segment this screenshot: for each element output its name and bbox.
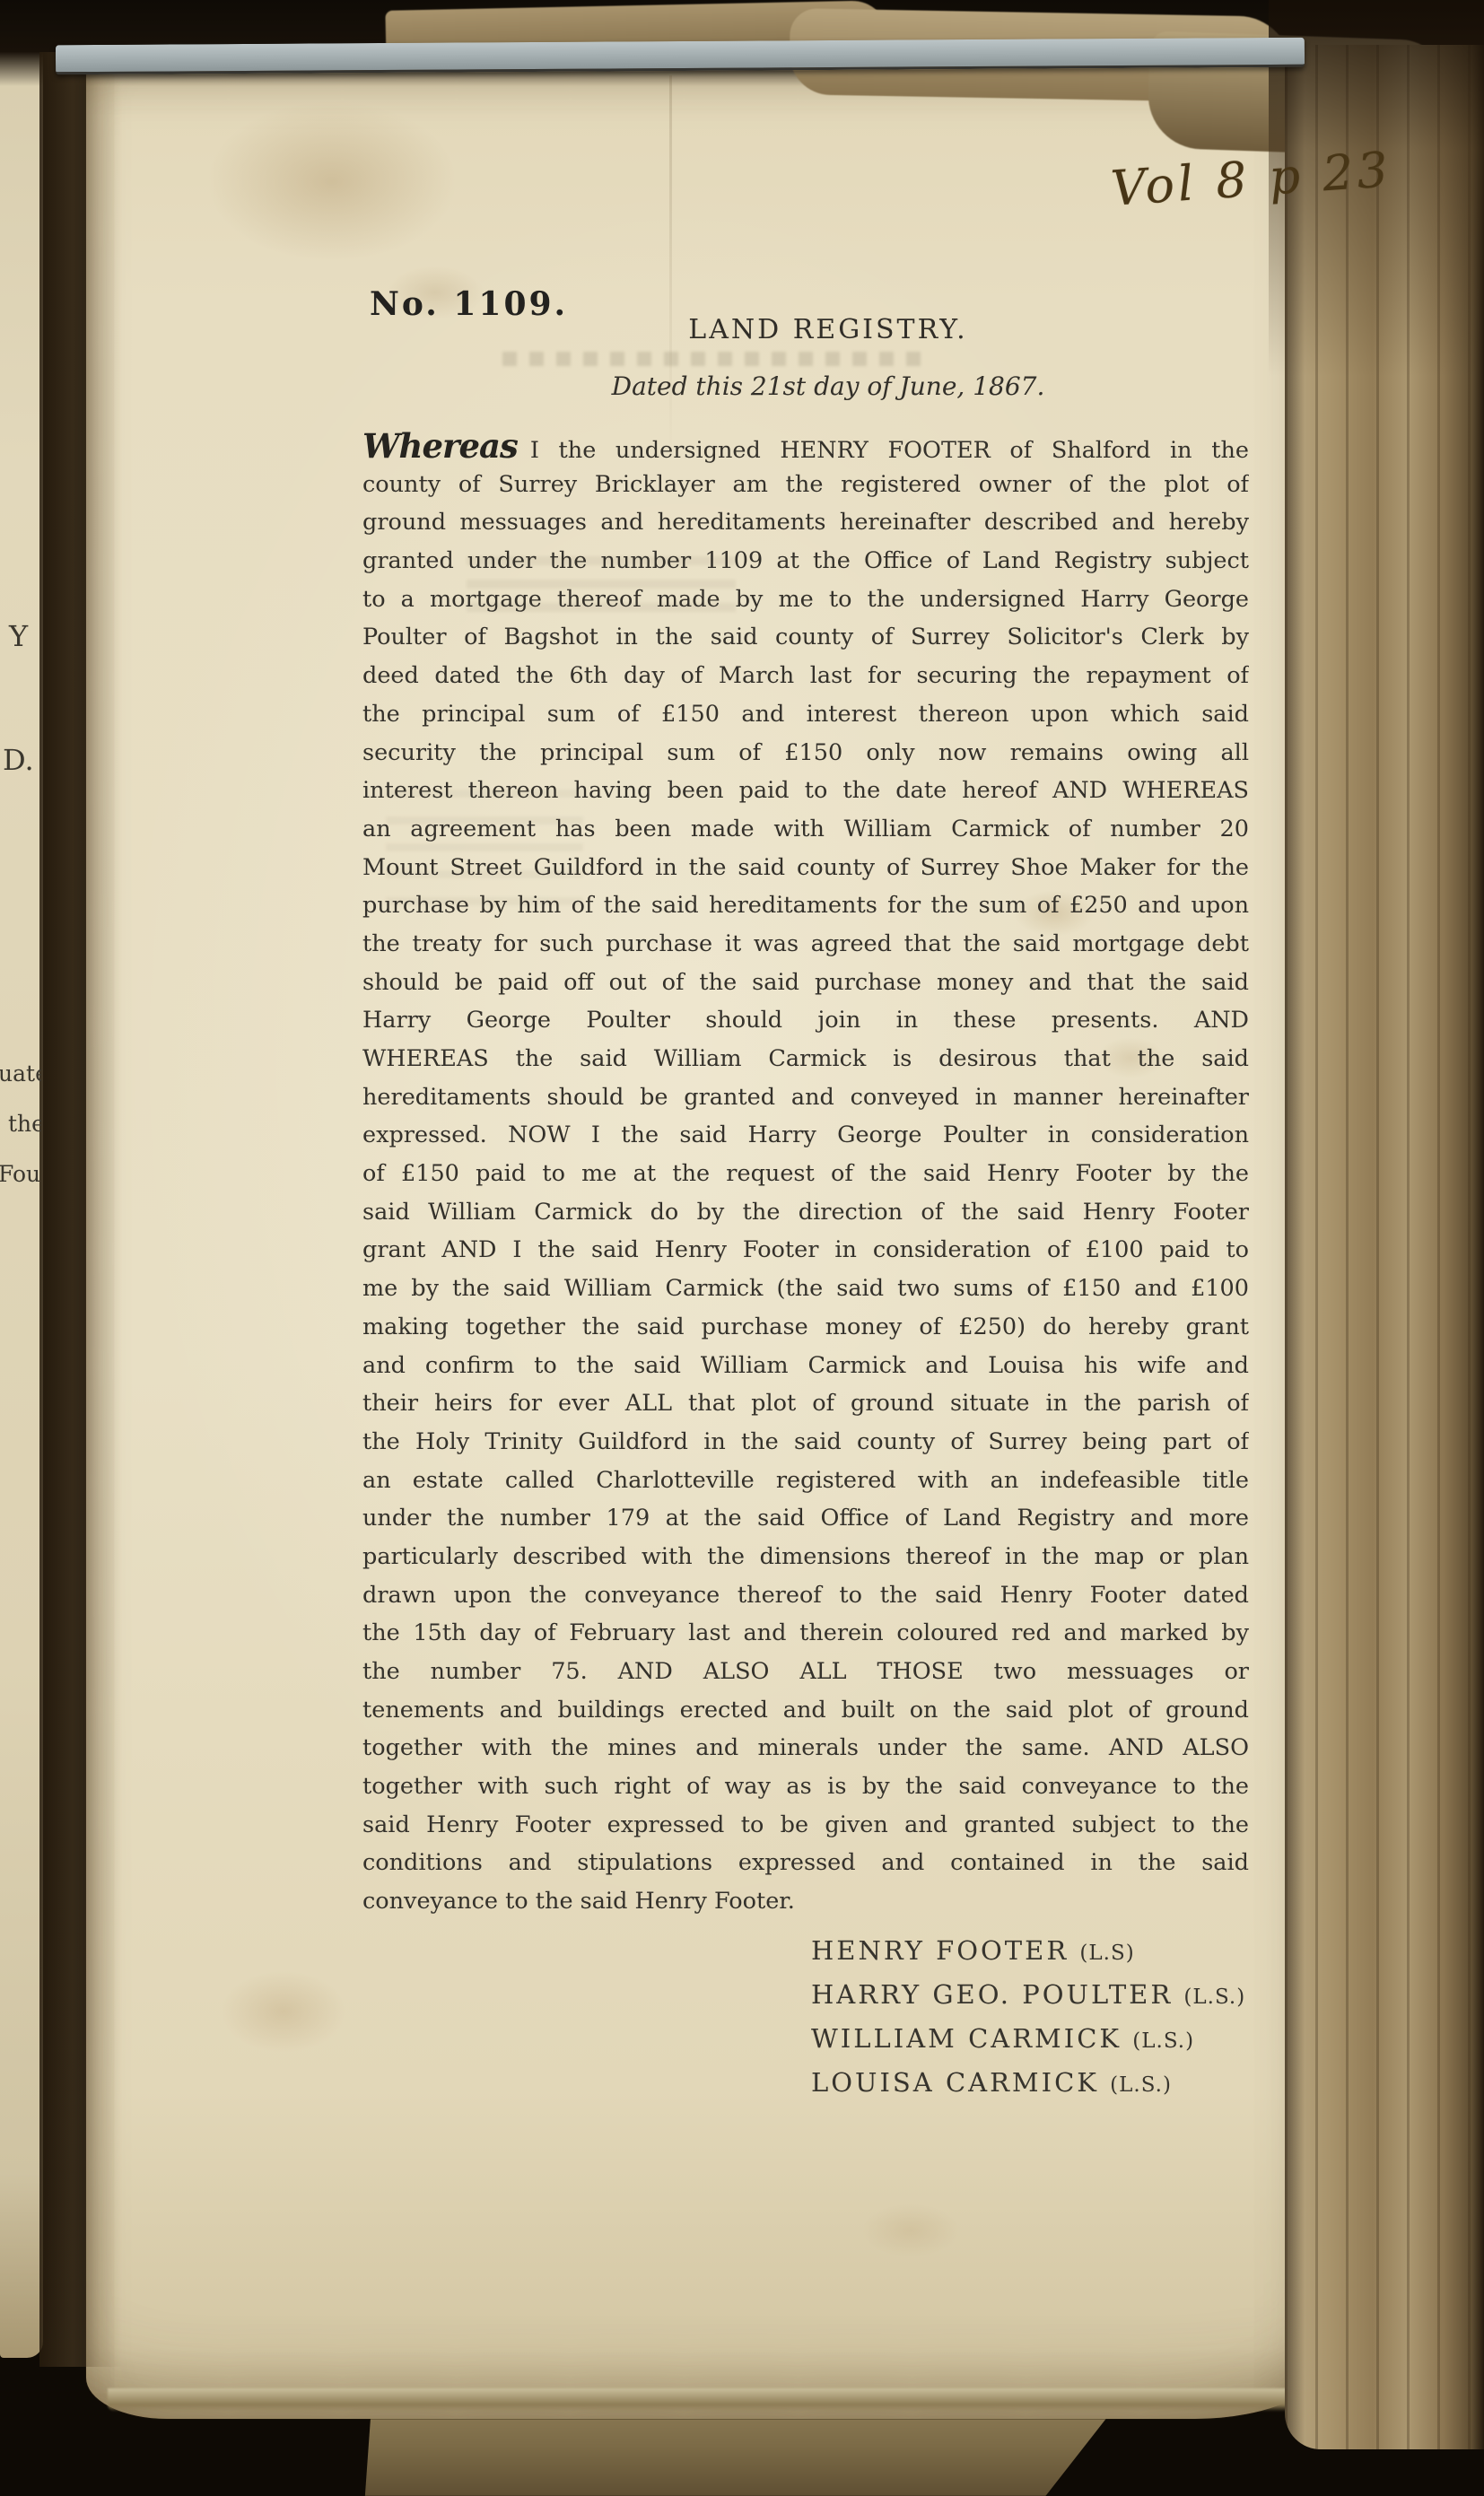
signature-block: HENRY FOOTER (L.S)HARRY GEO. POULTER (L.…	[811, 1929, 1245, 2105]
deed-body-line: together with such right of way as is by…	[362, 1767, 1249, 1806]
deed-body-line: of £150 paid to me at the request of the…	[362, 1155, 1249, 1193]
signatory-name: HARRY GEO. POULTER	[811, 1979, 1183, 2010]
deed-body-line: Poulter of Bagshot in the said county of…	[362, 618, 1249, 657]
page-bottom-edge	[108, 2388, 1310, 2412]
seal-mark: (L.S.)	[1183, 1985, 1245, 2009]
deed-body-line: expressed. NOW I the said Harry George P…	[362, 1116, 1249, 1155]
margin-text-fragment: D.	[3, 743, 34, 777]
margin-text-fragment: the	[8, 1111, 41, 1137]
margin-text-fragment: Y	[9, 619, 28, 653]
deed-body-line: their heirs for ever ALL that plot of gr…	[362, 1384, 1249, 1423]
deed-body-line: under the number 179 at the said Office …	[362, 1499, 1249, 1538]
seal-mark: (L.S)	[1079, 1942, 1134, 1965]
deed-body-line: ground messuages and hereditaments herei…	[362, 503, 1249, 542]
blackletter-opening-word: Whereas	[362, 427, 518, 466]
paper-crease	[669, 75, 672, 461]
deed-body-line: WHEREAS the said William Carmick is desi…	[362, 1040, 1249, 1078]
deed-body-line: the principal sum of £150 and interest t…	[362, 695, 1249, 734]
signature-line: WILLIAM CARMICK (L.S.)	[811, 2017, 1245, 2061]
deed-body-line: particularly described with the dimensio…	[362, 1538, 1249, 1576]
deed-body-line: an agreement has been made with William …	[362, 810, 1249, 849]
deed-body-line: making together the said purchase money …	[362, 1308, 1249, 1347]
deed-body-line: and confirm to the said William Carmick …	[362, 1347, 1249, 1385]
page-title: LAND REGISTRY.	[362, 314, 1295, 345]
deed-body-line: interest thereon having been paid to the…	[362, 772, 1249, 810]
signature-line: HARRY GEO. POULTER (L.S.)	[811, 1973, 1245, 2017]
deed-body-line: Harry George Poulter should join in thes…	[362, 1001, 1249, 1040]
deed-body-line: WhereasI the undersigned HENRY FOOTER of…	[362, 427, 1249, 466]
deed-body-line: the treaty for such purchase it was agre…	[362, 925, 1249, 964]
deed-body-line: security the principal sum of £150 only …	[362, 734, 1249, 772]
deed-body-line: to a mortgage thereof made by me to the …	[362, 580, 1249, 619]
deed-body-line: me by the said William Carmick (the said…	[362, 1270, 1249, 1308]
deed-body-line: deed dated the 6th day of March last for…	[362, 657, 1249, 695]
deed-body-line: Mount Street Guildford in the said count…	[362, 849, 1249, 887]
dateline: Dated this 21st day of June, 1867.	[362, 371, 1295, 401]
deed-body-line: grant AND I the said Henry Footer in con…	[362, 1231, 1249, 1270]
signatory-name: LOUISA CARMICK	[811, 2067, 1110, 2098]
deed-body-line: said Henry Footer expressed to be given …	[362, 1806, 1249, 1845]
signatory-name: HENRY FOOTER	[811, 1935, 1079, 1966]
gutter-shadow	[39, 52, 122, 2367]
deed-body-line: the number 75. AND ALSO ALL THOSE two me…	[362, 1653, 1249, 1691]
deed-body-text: WhereasI the undersigned HENRY FOOTER of…	[362, 427, 1249, 1921]
signature-line: HENRY FOOTER (L.S)	[811, 1929, 1245, 1973]
stacked-page-edges	[1285, 45, 1484, 2449]
deed-body-line: said William Carmick do by the direction…	[362, 1193, 1249, 1232]
deed-body-line: conveyance to the said Henry Footer.	[362, 1882, 1249, 1921]
deed-body-line: hereditaments should be granted and conv…	[362, 1078, 1249, 1117]
deed-body-line: should be paid off out of the said purch…	[362, 964, 1249, 1002]
deed-body-line: county of Surrey Bricklayer am the regis…	[362, 466, 1249, 504]
deed-body-line: the Holy Trinity Guildford in the said c…	[362, 1423, 1249, 1462]
signature-line: LOUISA CARMICK (L.S.)	[811, 2061, 1245, 2105]
deed-body-line: the 15th day of February last and therei…	[362, 1614, 1249, 1653]
margin-text-fragment: tuate	[0, 1060, 41, 1087]
margin-text-fragment: Four	[0, 1161, 41, 1187]
deed-body-line: conditions and stipulations expressed an…	[362, 1844, 1249, 1882]
deed-body-line: purchase by him of the said hereditament…	[362, 886, 1249, 925]
deed-body-line: drawn upon the conveyance thereof to the…	[362, 1576, 1249, 1615]
deed-body-line: granted under the number 1109 at the Off…	[362, 542, 1249, 580]
deed-body-line: tenements and buildings erected and buil…	[362, 1691, 1249, 1730]
seal-mark: (L.S.)	[1110, 2073, 1172, 2097]
deed-body-line: together with the mines and minerals und…	[362, 1729, 1249, 1767]
deed-body-line: an estate called Charlotteville register…	[362, 1462, 1249, 1500]
seal-mark: (L.S.)	[1132, 2029, 1194, 2053]
signatory-name: WILLIAM CARMICK	[811, 2023, 1132, 2054]
previous-page-text-fragments: YD.tuatetheFour	[0, 0, 41, 2496]
scanned-deed-photo: Vol 8 p 23 No. 1109. LAND REGISTRY. Date…	[0, 0, 1484, 2496]
